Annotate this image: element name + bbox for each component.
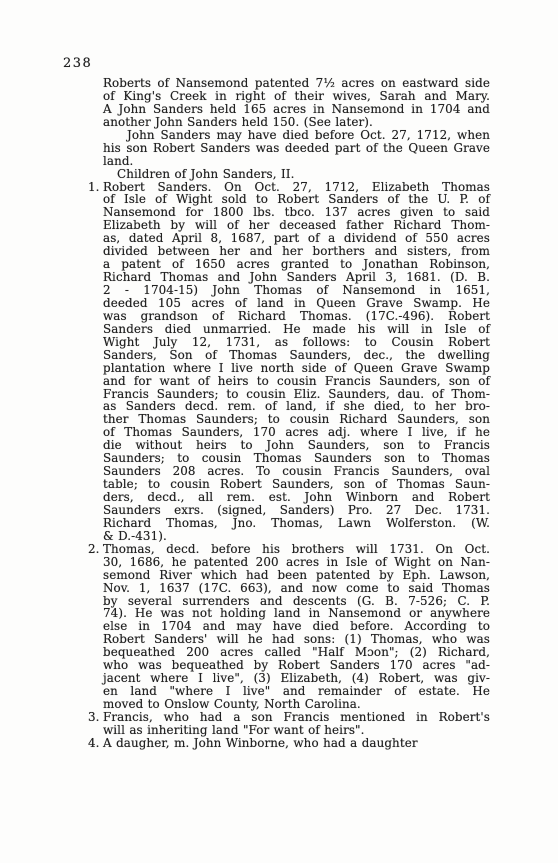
numbered-list-item: 3.Francis, who had a son Francis mention… bbox=[88, 711, 490, 737]
text-line: Children of John Sanders, II. bbox=[103, 168, 490, 181]
text-line: Thomas, decd. before his brothers will 1… bbox=[103, 543, 490, 556]
text-line: deeded 105 acres of land in Queen Grave … bbox=[103, 297, 490, 310]
text-line: A daugher, m. John Winborne, who had a d… bbox=[103, 737, 490, 750]
page-number: 238 bbox=[63, 56, 92, 71]
list-item-text: Francis, who had a son Francis mentioned… bbox=[103, 711, 490, 737]
list-item-number: 4. bbox=[88, 737, 103, 750]
text-line: plantation where I live north side of Qu… bbox=[103, 362, 490, 375]
text-line: was grandson of Richard Thomas. (17C.-49… bbox=[103, 310, 490, 323]
list-item-number: 1. bbox=[88, 181, 103, 543]
text-line: Roberts of Nansemond patented 7½ acres o… bbox=[103, 77, 490, 90]
numbered-list-item: 1.Robert Sanders. On Oct. 27, 1712, Eliz… bbox=[88, 181, 490, 543]
text-line: and for want of heirs to cousin Francis … bbox=[103, 375, 490, 388]
list-item-number: 3. bbox=[88, 711, 103, 737]
text-line: ders, decd., all rem. est. John Winborn … bbox=[103, 491, 490, 504]
text-line: will as inheriting land "For want of hei… bbox=[103, 724, 490, 737]
text-line: & D.-431). bbox=[103, 530, 490, 543]
paragraph: Children of John Sanders, II. bbox=[103, 168, 490, 181]
text-line: moved to Onslow County, North Carolina. bbox=[103, 698, 490, 711]
text-line: Sanders, Son of Thomas Saunders, dec., t… bbox=[103, 349, 490, 362]
text-line: of King's Creek in right of their wives,… bbox=[103, 90, 490, 103]
text-line: 30, 1686, he patented 200 acres in Isle … bbox=[103, 556, 490, 569]
paragraph: John Sanders may have died before Oct. 2… bbox=[103, 129, 490, 168]
numbered-list-item: 4.A daugher, m. John Winborne, who had a… bbox=[88, 737, 490, 750]
text-line: Wight July 12, 1731, as follows: to Cous… bbox=[103, 336, 490, 349]
numbered-list-item: 2.Thomas, decd. before his brothers will… bbox=[88, 543, 490, 711]
text-line: land. bbox=[103, 155, 490, 168]
text-line: Saunders exrs. (signed, Sanders) Pro. 27… bbox=[103, 504, 490, 517]
list-item-text: Robert Sanders. On Oct. 27, 1712, Elizab… bbox=[103, 181, 490, 543]
text-line: semond River which had been patented by … bbox=[103, 569, 490, 582]
text-line: John Sanders may have died before Oct. 2… bbox=[103, 129, 490, 142]
text-line: Francis, who had a son Francis mentioned… bbox=[103, 711, 490, 724]
scanned-book-page: 238 Roberts of Nansemond patented 7½ acr… bbox=[0, 0, 558, 863]
list-item-number: 2. bbox=[88, 543, 103, 711]
text-block: Roberts of Nansemond patented 7½ acres o… bbox=[88, 77, 490, 750]
text-line: Sanders died unmarried. He made his will… bbox=[103, 323, 490, 336]
list-item-text: Thomas, decd. before his brothers will 1… bbox=[103, 543, 490, 711]
text-line: Nov. 1, 1637 (17C. 663), and now come to… bbox=[103, 582, 490, 595]
text-line: his son Robert Sanders was deeded part o… bbox=[103, 142, 490, 155]
text-line: another John Sanders held 150. (See late… bbox=[103, 116, 490, 129]
list-item-text: A daugher, m. John Winborne, who had a d… bbox=[103, 737, 490, 750]
paragraph: Roberts of Nansemond patented 7½ acres o… bbox=[103, 77, 490, 129]
text-line: A John Sanders held 165 acres in Nansemo… bbox=[103, 103, 490, 116]
text-line: 2 - 1704-15) John Thomas of Nansemond in… bbox=[103, 284, 490, 297]
text-line: Richard Thomas, Jno. Thomas, Lawn Wolfer… bbox=[103, 517, 490, 530]
